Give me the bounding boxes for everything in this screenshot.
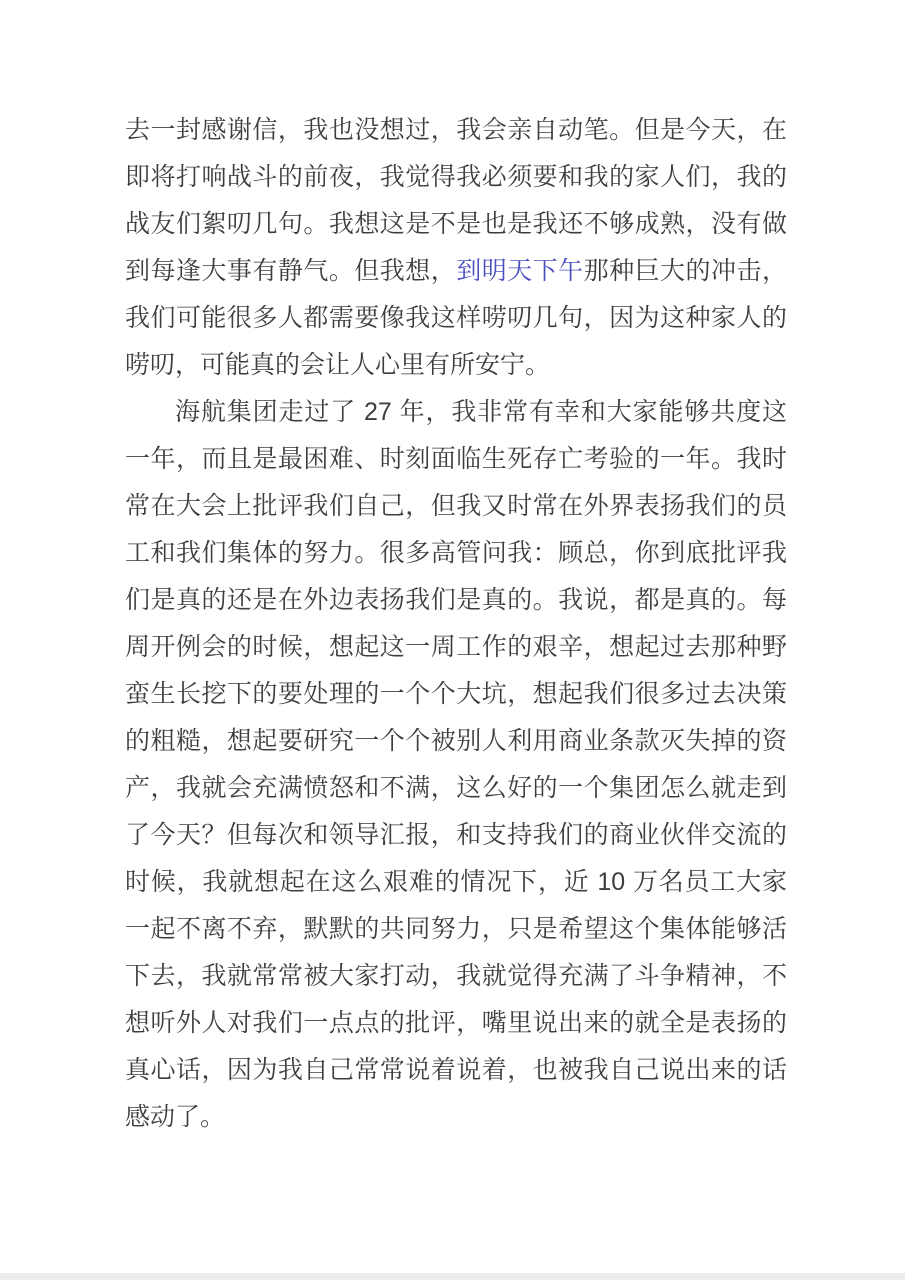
document-body: 去一封感谢信，我也没想过，我会亲自动笔。但是今天，在即将打响战斗的前夜，我觉得我… [125,107,787,1141]
text-run: 海航集团走过了 27 年，我非常有幸和大家能够共度这一年，而且是最困难、时刻面临… [125,398,787,1131]
paragraph: 去一封感谢信，我也没想过，我会亲自动笔。但是今天，在即将打响战斗的前夜，我觉得我… [125,107,787,389]
page-bottom-edge [0,1273,905,1280]
inline-link-tomorrow-afternoon[interactable]: 到明天下午 [456,257,583,285]
document-page: 去一封感谢信，我也没想过，我会亲自动笔。但是今天，在即将打响战斗的前夜，我觉得我… [0,0,905,1280]
paragraph: 海航集团走过了 27 年，我非常有幸和大家能够共度这一年，而且是最困难、时刻面临… [125,389,787,1141]
